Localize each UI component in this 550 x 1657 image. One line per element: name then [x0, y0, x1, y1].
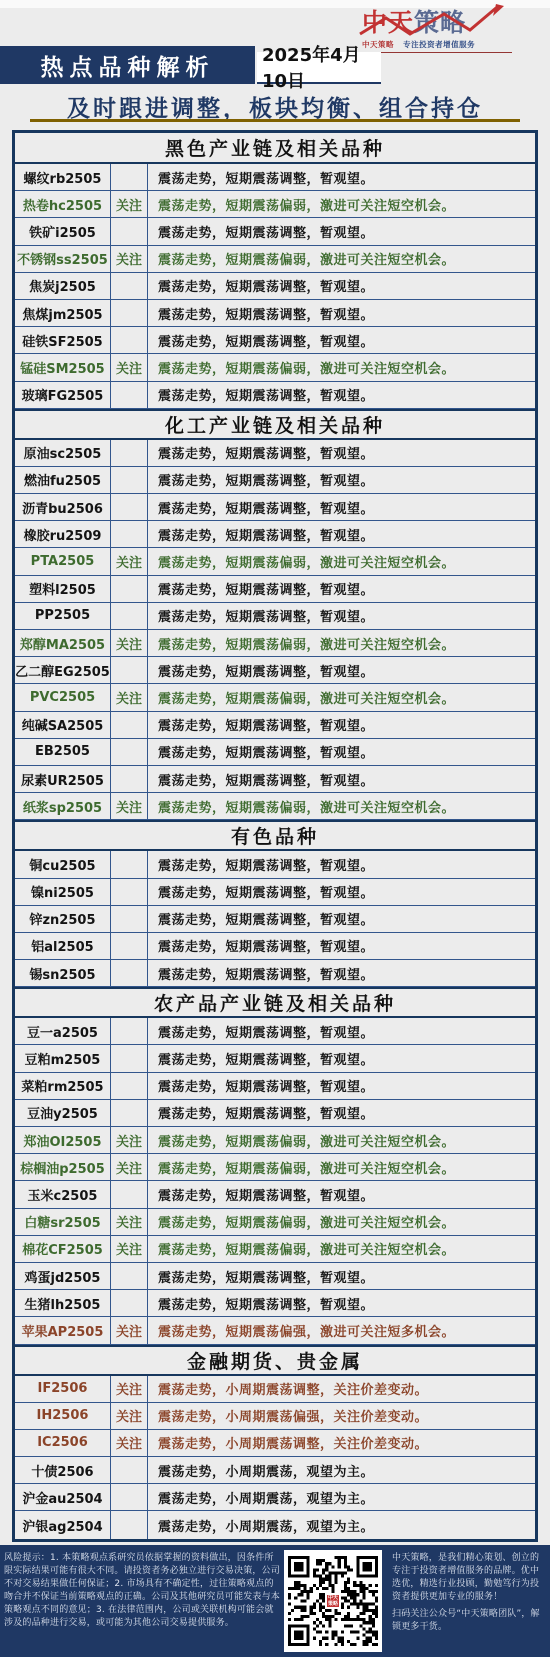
table-row: 锰硅SM2505关注震荡走势，短期震荡偏弱，激进可关注短空机会。 — [15, 354, 535, 381]
watch-tag: 关注 — [111, 548, 148, 574]
risk-disclaimer: 风险提示：1. 本策略观点系研究员依据掌握的资料做出，因条件所限实际结果可能有很… — [4, 1552, 280, 1630]
section-header: 农产品产业链及相关品种 — [15, 987, 535, 1018]
contract-name: 沪金au2504 — [15, 1484, 111, 1510]
brand-promo: 中天策略，是我们精心策划、创立的专注于投资者增值服务的品牌。优中选优，精选行业投… — [392, 1552, 544, 1634]
banner-row: 热点品种解析 2025年4月10日 — [0, 46, 550, 84]
contract-name: 铁矿i2505 — [15, 218, 111, 244]
table-row: 锡sn2505震荡走势，短期震荡调整，暂观望。 — [15, 960, 535, 987]
watch-tag: 关注 — [111, 354, 148, 380]
banner-title: 热点品种解析 — [0, 46, 255, 84]
analysis-text: 震荡走势，短期震荡调整，暂观望。 — [148, 1100, 535, 1126]
table-row: 铁矿i2505震荡走势，短期震荡调整，暂观望。 — [15, 218, 535, 245]
contract-name: 硅铁SF2505 — [15, 327, 111, 353]
analysis-text: 震荡走势，短期震荡偏弱，激进可关注短空机会。 — [148, 1127, 535, 1153]
contract-name: 铝al2505 — [15, 933, 111, 959]
contract-name: 锡sn2505 — [15, 960, 111, 986]
contract-name: 焦炭j2505 — [15, 273, 111, 299]
analysis-text: 震荡走势，短期震荡调整，暂观望。 — [148, 712, 535, 738]
contract-name: 纯碱SA2505 — [15, 712, 111, 738]
contract-name: 燃油fu2505 — [15, 467, 111, 493]
watch-tag — [111, 1290, 148, 1316]
table-row: 不锈钢ss2505关注震荡走势，短期震荡偏弱，激进可关注短空机会。 — [15, 246, 535, 273]
table-row: PVC2505关注震荡走势，短期震荡偏弱，激进可关注短空机会。 — [15, 684, 535, 711]
contract-name: IH2506 — [15, 1403, 111, 1429]
report-date: 2025年4月10日 — [257, 52, 381, 84]
watch-tag — [111, 327, 148, 353]
watch-tag: 关注 — [111, 1403, 148, 1429]
contract-name: 郑醇MA2505 — [15, 630, 111, 656]
watch-tag: 关注 — [111, 630, 148, 656]
watch-tag — [111, 521, 148, 547]
table-row: 镍ni2505震荡走势，短期震荡调整，暂观望。 — [15, 879, 535, 906]
analysis-text: 震荡走势，短期震荡调整，暂观望。 — [148, 1181, 535, 1207]
watch-tag — [111, 494, 148, 520]
contract-name: 棕榈油p2505 — [15, 1154, 111, 1180]
contract-name: 乙二醇EG2505 — [15, 657, 111, 683]
watch-tag — [111, 467, 148, 493]
watch-tag: 关注 — [111, 1154, 148, 1180]
analysis-text: 震荡走势，短期震荡调整，暂观望。 — [148, 521, 535, 547]
contract-name: 鸡蛋jd2505 — [15, 1263, 111, 1289]
contract-name: 镍ni2505 — [15, 879, 111, 905]
section-header: 金融期货、贵金属 — [15, 1345, 535, 1376]
section-header: 化工产业链及相关品种 — [15, 409, 535, 440]
table-row: 焦煤jm2505震荡走势，短期震荡调整，暂观望。 — [15, 300, 535, 327]
watch-tag — [111, 739, 148, 765]
analysis-text: 震荡走势，小周期震荡偏强，关注价差变动。 — [148, 1403, 535, 1429]
analysis-text: 震荡走势，短期震荡调整，暂观望。 — [148, 739, 535, 765]
table-row: 菜粕rm2505震荡走势，短期震荡调整，暂观望。 — [15, 1073, 535, 1100]
table-row: 郑油OI2505关注震荡走势，短期震荡偏弱，激进可关注短空机会。 — [15, 1127, 535, 1154]
analysis-text: 震荡走势，短期震荡调整，暂观望。 — [148, 1018, 535, 1044]
analysis-text: 震荡走势，短期震荡调整，暂观望。 — [148, 603, 535, 629]
gold-divider — [30, 119, 520, 122]
table-row: 玉米c2505震荡走势，短期震荡调整，暂观望。 — [15, 1181, 535, 1208]
contract-name: IC2506 — [15, 1430, 111, 1456]
table-row: 玻璃FG2505震荡走势，短期震荡调整，暂观望。 — [15, 382, 535, 409]
top-strip — [0, 0, 550, 8]
contract-name: 不锈钢ss2505 — [15, 246, 111, 272]
table-row: 十债2506震荡走势，小周期震荡，观望为主。 — [15, 1457, 535, 1484]
watch-tag: 关注 — [111, 1430, 148, 1456]
watch-tag — [111, 603, 148, 629]
watch-tag — [111, 1073, 148, 1099]
analysis-text: 震荡走势，短期震荡偏弱，激进可关注短空机会。 — [148, 548, 535, 574]
analysis-text: 震荡走势，短期震荡偏弱，激进可关注短空机会。 — [148, 1209, 535, 1235]
watch-tag: 关注 — [111, 1317, 148, 1343]
contract-name: 铜cu2505 — [15, 851, 111, 877]
contract-name: 焦煤jm2505 — [15, 300, 111, 326]
analysis-text: 震荡走势，短期震荡调整，暂观望。 — [148, 1045, 535, 1071]
watch-tag — [111, 1263, 148, 1289]
watch-tag — [111, 273, 148, 299]
contract-name: 锰硅SM2505 — [15, 354, 111, 380]
watch-tag — [111, 1100, 148, 1126]
watch-tag: 关注 — [111, 1376, 148, 1402]
section-header: 有色品种 — [15, 820, 535, 851]
watch-tag — [111, 1181, 148, 1207]
watch-tag — [111, 164, 148, 190]
table-row: 鸡蛋jd2505震荡走势，短期震荡调整，暂观望。 — [15, 1263, 535, 1290]
analysis-text: 震荡走势，短期震荡调整，暂观望。 — [148, 766, 535, 792]
contract-name: 沥青bu2506 — [15, 494, 111, 520]
contract-name: 十债2506 — [15, 1457, 111, 1483]
watch-tag: 关注 — [111, 191, 148, 217]
analysis-text: 震荡走势，小周期震荡调整，关注价差变动。 — [148, 1430, 535, 1456]
report-page: 中天策略 中天策略 专注投资者增值服务 热点品种解析 2025年4月10日 及时… — [0, 0, 550, 1657]
table-row: 纸浆sp2505关注震荡走势，短期震荡偏弱，激进可关注短空机会。 — [15, 793, 535, 820]
table-row: 沪金au2504震荡走势，小周期震荡，观望为主。 — [15, 1484, 535, 1511]
table-row: 纯碱SA2505震荡走势，短期震荡调整，暂观望。 — [15, 712, 535, 739]
watch-tag — [111, 1018, 148, 1044]
table-row: 乙二醇EG2505震荡走势，短期震荡调整，暂观望。 — [15, 657, 535, 684]
watch-tag — [111, 1511, 148, 1538]
table-row: 豆油y2505震荡走势，短期震荡调整，暂观望。 — [15, 1100, 535, 1127]
contract-name: 沪银ag2504 — [15, 1511, 111, 1538]
promo-scan-text: 扫码关注公众号“中天策略团队”，解锁更多干货。 — [392, 1608, 544, 1634]
contract-name: 玻璃FG2505 — [15, 382, 111, 408]
analysis-text: 震荡走势，短期震荡偏弱，激进可关注短空机会。 — [148, 1154, 535, 1180]
contract-name: EB2505 — [15, 739, 111, 765]
table-row: 豆一a2505震荡走势，短期震荡调整，暂观望。 — [15, 1018, 535, 1045]
analysis-text: 震荡走势，短期震荡调整，暂观望。 — [148, 906, 535, 932]
table-row: 热卷hc2505关注震荡走势，短期震荡偏弱，激进可关注短空机会。 — [15, 191, 535, 218]
table-row: 锌zn2505震荡走势，短期震荡调整，暂观望。 — [15, 906, 535, 933]
table-row: 硅铁SF2505震荡走势，短期震荡调整，暂观望。 — [15, 327, 535, 354]
contract-name: 尿素UR2505 — [15, 766, 111, 792]
contract-name: PTA2505 — [15, 548, 111, 574]
watch-tag — [111, 879, 148, 905]
analysis-text: 震荡走势，短期震荡调整，暂观望。 — [148, 1263, 535, 1289]
analysis-table: 黑色产业链及相关品种螺纹rb2505震荡走势，短期震荡调整，暂观望。热卷hc25… — [12, 130, 538, 1542]
watch-tag — [111, 440, 148, 466]
watch-tag — [111, 576, 148, 602]
qr-code: 中天策略 — [284, 1550, 382, 1652]
contract-name: 郑油OI2505 — [15, 1127, 111, 1153]
footer-band: 风险提示：1. 本策略观点系研究员依据掌握的资料做出，因条件所限实际结果可能有很… — [0, 1545, 550, 1657]
contract-name: 原油sc2505 — [15, 440, 111, 466]
section-header: 黑色产业链及相关品种 — [15, 133, 535, 164]
contract-name: 豆粕m2505 — [15, 1045, 111, 1071]
analysis-text: 震荡走势，小周期震荡，观望为主。 — [148, 1484, 535, 1510]
watch-tag: 关注 — [111, 246, 148, 272]
analysis-text: 震荡走势，短期震荡调整，暂观望。 — [148, 382, 535, 408]
watch-tag — [111, 906, 148, 932]
analysis-text: 震荡走势，小周期震荡，观望为主。 — [148, 1457, 535, 1483]
analysis-text: 震荡走势，小周期震荡调整，关注价差变动。 — [148, 1376, 535, 1402]
analysis-text: 震荡走势，短期震荡调整，暂观望。 — [148, 879, 535, 905]
table-row: IF2506关注震荡走势，小周期震荡调整，关注价差变动。 — [15, 1376, 535, 1403]
contract-name: 橡胶ru2509 — [15, 521, 111, 547]
analysis-text: 震荡走势，短期震荡调整，暂观望。 — [148, 327, 535, 353]
analysis-text: 震荡走势，短期震荡调整，暂观望。 — [148, 218, 535, 244]
watch-tag — [111, 300, 148, 326]
contract-name: 螺纹rb2505 — [15, 164, 111, 190]
table-row: 白糖sr2505关注震荡走势，短期震荡偏弱，激进可关注短空机会。 — [15, 1209, 535, 1236]
analysis-text: 震荡走势，短期震荡偏弱，激进可关注短空机会。 — [148, 684, 535, 710]
contract-name: 纸浆sp2505 — [15, 793, 111, 819]
contract-name: 豆油y2505 — [15, 1100, 111, 1126]
table-row: 螺纹rb2505震荡走势，短期震荡调整，暂观望。 — [15, 164, 535, 191]
watch-tag — [111, 218, 148, 244]
analysis-text: 震荡走势，短期震荡偏弱，激进可关注短空机会。 — [148, 191, 535, 217]
analysis-text: 震荡走势，短期震荡偏弱，激进可关注短空机会。 — [148, 246, 535, 272]
analysis-text: 震荡走势，短期震荡偏弱，激进可关注短空机会。 — [148, 630, 535, 656]
table-row: 生猪lh2505震荡走势，短期震荡调整，暂观望。 — [15, 1290, 535, 1317]
watch-tag — [111, 851, 148, 877]
watch-tag — [111, 960, 148, 986]
table-row: 豆粕m2505震荡走势，短期震荡调整，暂观望。 — [15, 1045, 535, 1072]
logo-text: 中天策略 — [362, 10, 512, 35]
contract-name: PVC2505 — [15, 684, 111, 710]
table-row: 尿素UR2505震荡走势，短期震荡调整，暂观望。 — [15, 766, 535, 793]
watch-tag — [111, 1484, 148, 1510]
analysis-text: 震荡走势，短期震荡调整，暂观望。 — [148, 440, 535, 466]
watch-tag — [111, 933, 148, 959]
contract-name: 锌zn2505 — [15, 906, 111, 932]
watch-tag: 关注 — [111, 1209, 148, 1235]
analysis-text: 震荡走势，短期震荡偏强，激进可关注短多机会。 — [148, 1317, 535, 1343]
contract-name: 白糖sr2505 — [15, 1209, 111, 1235]
analysis-text: 震荡走势，短期震荡调整，暂观望。 — [148, 1290, 535, 1316]
table-row: IH2506关注震荡走势，小周期震荡偏强，关注价差变动。 — [15, 1403, 535, 1430]
table-row: EB2505震荡走势，短期震荡调整，暂观望。 — [15, 739, 535, 766]
contract-name: 菜粕rm2505 — [15, 1073, 111, 1099]
table-row: IC2506关注震荡走势，小周期震荡调整，关注价差变动。 — [15, 1430, 535, 1457]
analysis-text: 震荡走势，短期震荡调整，暂观望。 — [148, 300, 535, 326]
analysis-text: 震荡走势，短期震荡调整，暂观望。 — [148, 576, 535, 602]
table-row: 原油sc2505震荡走势，短期震荡调整，暂观望。 — [15, 440, 535, 467]
contract-name: 生猪lh2505 — [15, 1290, 111, 1316]
contract-name: 塑料l2505 — [15, 576, 111, 602]
analysis-text: 震荡走势，短期震荡偏弱，激进可关注短空机会。 — [148, 354, 535, 380]
qr-center-logo: 中天策略 — [325, 1593, 341, 1609]
logo-text-red: 中天 — [362, 8, 414, 37]
table-row: 沥青bu2506震荡走势，短期震荡调整，暂观望。 — [15, 494, 535, 521]
watch-tag: 关注 — [111, 684, 148, 710]
analysis-text: 震荡走势，短期震荡调整，暂观望。 — [148, 657, 535, 683]
contract-name: 豆一a2505 — [15, 1018, 111, 1044]
watch-tag — [111, 712, 148, 738]
contract-name: 热卷hc2505 — [15, 191, 111, 217]
analysis-text: 震荡走势，小周期震荡，观望为主。 — [148, 1511, 535, 1538]
analysis-text: 震荡走势，短期震荡调整，暂观望。 — [148, 494, 535, 520]
watch-tag — [111, 1457, 148, 1483]
watch-tag: 关注 — [111, 1236, 148, 1262]
watch-tag — [111, 657, 148, 683]
table-row: PTA2505关注震荡走势，短期震荡偏弱，激进可关注短空机会。 — [15, 548, 535, 575]
analysis-text: 震荡走势，短期震荡调整，暂观望。 — [148, 467, 535, 493]
watch-tag: 关注 — [111, 793, 148, 819]
watch-tag — [111, 382, 148, 408]
table-row: 焦炭j2505震荡走势，短期震荡调整，暂观望。 — [15, 273, 535, 300]
contract-name: 苹果AP2505 — [15, 1317, 111, 1343]
analysis-text: 震荡走势，短期震荡调整，暂观望。 — [148, 851, 535, 877]
table-row: 塑料l2505震荡走势，短期震荡调整，暂观望。 — [15, 576, 535, 603]
table-row: 苹果AP2505关注震荡走势，短期震荡偏强，激进可关注短多机会。 — [15, 1317, 535, 1344]
watch-tag — [111, 1045, 148, 1071]
logo-text-blue: 策略 — [414, 8, 466, 37]
table-row: 铝al2505震荡走势，短期震荡调整，暂观望。 — [15, 933, 535, 960]
contract-name: PP2505 — [15, 603, 111, 629]
table-row: 沪银ag2504震荡走势，小周期震荡，观望为主。 — [15, 1511, 535, 1538]
analysis-text: 震荡走势，短期震荡调整，暂观望。 — [148, 1073, 535, 1099]
table-row: 燃油fu2505震荡走势，短期震荡调整，暂观望。 — [15, 467, 535, 494]
table-row: 铜cu2505震荡走势，短期震荡调整，暂观望。 — [15, 851, 535, 878]
promo-text: 中天策略，是我们精心策划、创立的专注于投资者增值服务的品牌。优中选优，精选行业投… — [392, 1552, 544, 1604]
analysis-text: 震荡走势，短期震荡调整，暂观望。 — [148, 960, 535, 986]
table-row: 郑醇MA2505关注震荡走势，短期震荡偏弱，激进可关注短空机会。 — [15, 630, 535, 657]
analysis-text: 震荡走势，短期震荡调整，暂观望。 — [148, 933, 535, 959]
table-row: 棉花CF2505关注震荡走势，短期震荡偏弱，激进可关注短空机会。 — [15, 1236, 535, 1263]
watch-tag: 关注 — [111, 1127, 148, 1153]
watch-tag — [111, 766, 148, 792]
contract-name: 玉米c2505 — [15, 1181, 111, 1207]
analysis-text: 震荡走势，短期震荡偏弱，激进可关注短空机会。 — [148, 1236, 535, 1262]
analysis-text: 震荡走势，短期震荡调整，暂观望。 — [148, 273, 535, 299]
table-row: PP2505震荡走势，短期震荡调整，暂观望。 — [15, 603, 535, 630]
table-row: 橡胶ru2509震荡走势，短期震荡调整，暂观望。 — [15, 521, 535, 548]
contract-name: IF2506 — [15, 1376, 111, 1402]
analysis-text: 震荡走势，短期震荡调整，暂观望。 — [148, 164, 535, 190]
table-row: 棕榈油p2505关注震荡走势，短期震荡偏弱，激进可关注短空机会。 — [15, 1154, 535, 1181]
contract-name: 棉花CF2505 — [15, 1236, 111, 1262]
analysis-text: 震荡走势，短期震荡偏弱，激进可关注短空机会。 — [148, 793, 535, 819]
